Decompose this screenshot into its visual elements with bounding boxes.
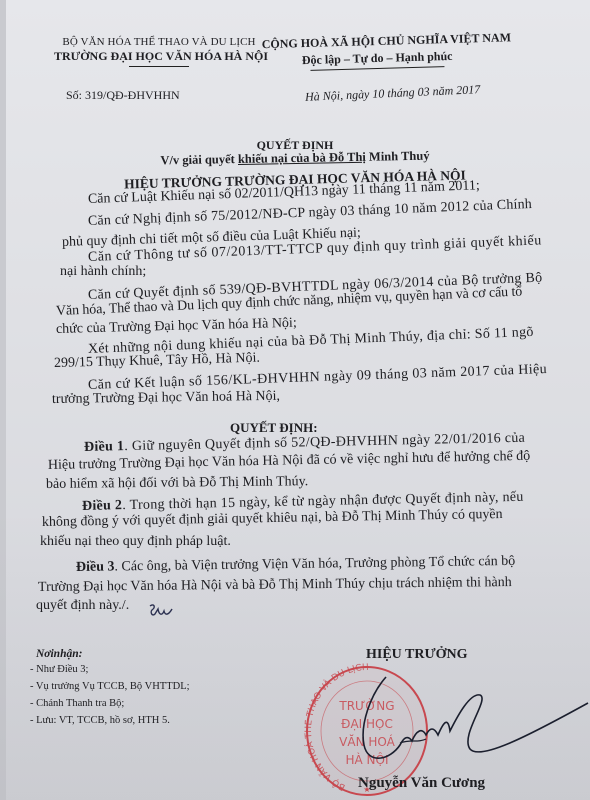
article-text: . Các ông, bà Viện trưởng Viện Văn hóa, … [114,554,515,575]
article-3: Điều 3. Các ông, bà Viện trưởng Viện Văn… [76,554,515,576]
recipient-item: - Lưu: VT, TCCB, hồ sơ, HTH 5. [30,715,170,726]
preamble-line: trưởng Trường Đại học Văn hoá Hà Nội, [52,389,280,408]
recipients-title: Nơinhận: [36,648,82,660]
preamble-line: nại hành chính; [60,264,146,280]
recipient-item: - Vụ trưởng Vụ TCCB, Bộ VHTTDL; [30,681,190,692]
article-2-line: khiếu nại theo quy định pháp luật. [40,534,231,550]
article-label: Điều 2 [82,498,123,514]
preamble-line: 299/15 Thụy Khuê, Tây Hồ, Hà Nội. [54,351,260,372]
recipient-item: - Như Điều 3; [30,664,88,675]
article-3-line: quyết định này./. [36,598,129,614]
handwritten-signature [330,665,590,775]
decision-heading: QUYẾT ĐỊNH: [230,420,318,436]
article-3-line: Trường Đại học Văn hóa Hà Nội và bà Đỗ T… [38,575,512,596]
signatory-name: Nguyễn Văn Cương [358,775,485,792]
signatory-title: HIỆU TRƯỞNG [366,647,468,663]
article-label: Điều 1 [84,439,125,455]
article-1-line: bảo hiểm xã hội đối với bà Đỗ Thị Minh T… [46,474,308,493]
article-label: Điều 3 [76,559,115,575]
recipient-item: - Chánh Thanh tra Bộ; [30,698,124,709]
handwritten-initial [146,601,176,621]
